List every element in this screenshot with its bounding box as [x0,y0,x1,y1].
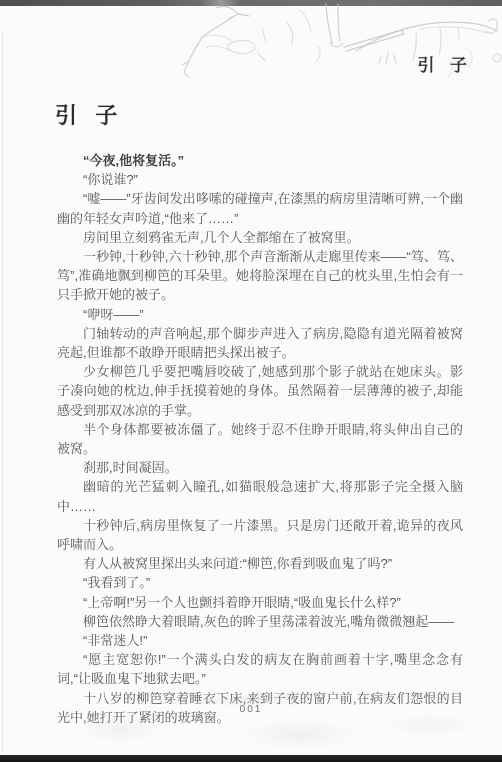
paragraph: 有人从被窝里探出头来问道:“柳笆,你看到吸血鬼了吗?” [57,554,463,573]
scan-bottom-bar [0,755,502,762]
paragraph: “嘘——”牙齿间发出哆嗦的碰撞声,在漆黑的病房里清晰可辨,一个幽幽的年轻女声吟道… [57,189,463,227]
paragraph: “今夜,他将复活。” [57,151,463,170]
paragraph: 幽暗的光芒猛刺入瞳孔,如猫眼般急速扩大,将那影子完全摄入脑中…… [57,477,463,515]
paragraph: 刹那,时间凝固。 [57,458,463,477]
book-page: 引 子 引 子 “今夜,他将复活。” “你说谁?” “嘘——”牙齿间发出哆嗦的碰… [0,0,502,762]
body-text: “今夜,他将复活。” “你说谁?” “嘘——”牙齿间发出哆嗦的碰撞声,在漆黑的病… [57,151,463,727]
scan-left-edge-line [2,30,3,752]
paragraph: “你说谁?” [57,170,463,189]
paragraph: 半个身体都要被冻僵了。她终于忍不住睁开眼睛,将头伸出自己的被窝。 [57,420,463,458]
paragraph: 门轴转动的声音响起,那个脚步声进入了病房,隐隐有道光隔着被窝亮起,但谁都不敢睁开… [57,324,463,362]
paragraph: 房间里立刻鸦雀无声,几个人全都缩在了被窝里。 [57,228,463,247]
paragraph: “非常迷人!” [57,631,463,650]
page-number: 001 [0,704,502,715]
paragraph: 一秒钟,十秒钟,六十秒钟,那个声音渐渐从走廊里传来——“笃、笃、笃”,准确地飘到… [57,247,463,305]
paragraph: 少女柳笆几乎要把嘴唇咬破了,她感到那个影子就站在她床头。影子凑向她的枕边,伸手抚… [57,362,463,420]
chapter-title: 引 子 [55,99,119,130]
paragraph: “我看到了。” [57,573,463,592]
paragraph: “咿呀——” [57,305,463,324]
paragraph: 柳笆依然睁大着眼睛,灰色的眸子里荡漾着波光,嘴角微微翘起—— [57,612,463,631]
paragraph: 十秒钟后,病房里恢复了一片漆黑。只是房门还敞开着,诡异的夜风呼啸而入。 [57,516,463,554]
running-header-chapter: 引 子 [418,51,469,76]
paragraph: “愿主宽恕你!”一个满头白发的病友在胸前画着十字,嘴里念念有词,“让吸血鬼下地狱… [57,650,463,688]
paragraph: “上帝啊!”另一个人也颤抖着睁开眼睛,“吸血鬼长什么样?” [57,593,463,612]
